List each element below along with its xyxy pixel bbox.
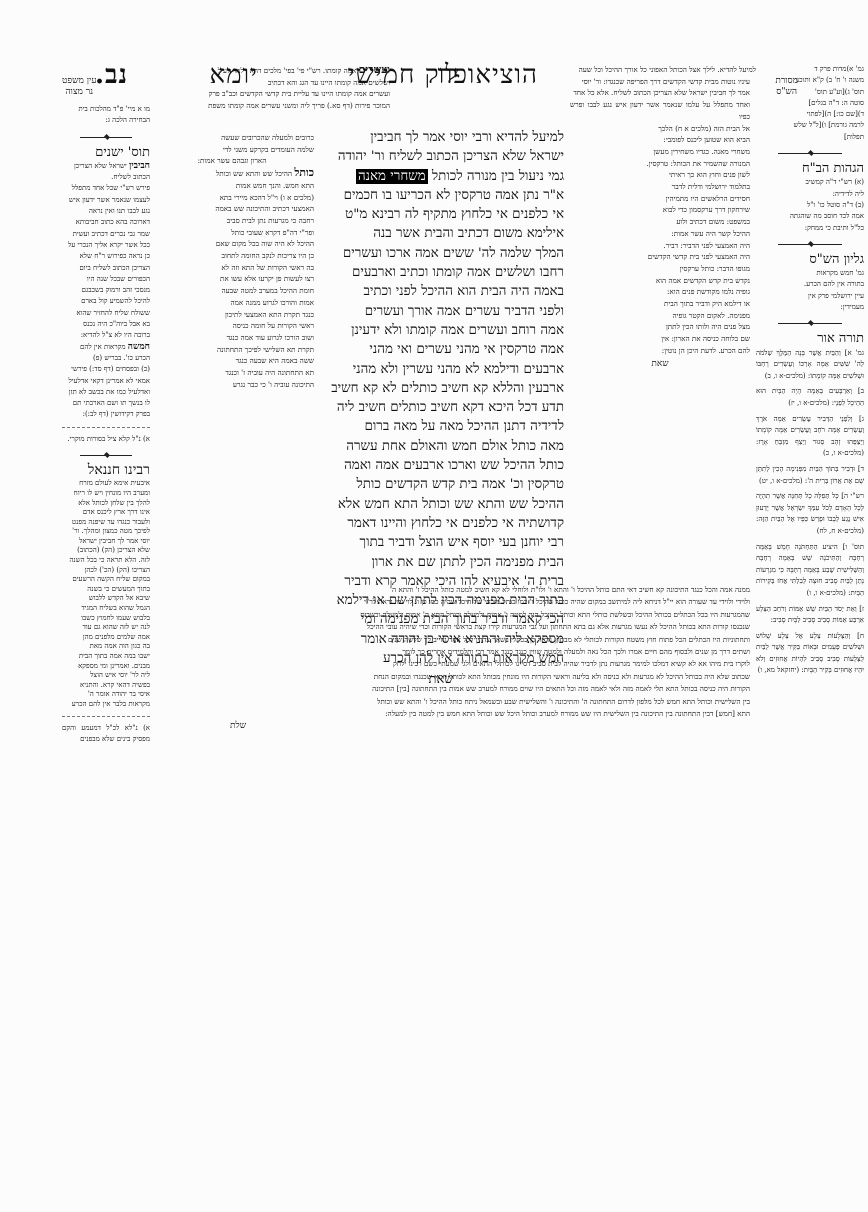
rashi-line: או דילמא היק ודביר בתוך הבית <box>570 298 750 310</box>
rashi-line: היה האמצעי לפני הדביר: דביר. <box>570 240 750 252</box>
tosafot-dibur-hamatchil: ועשרים <box>359 63 390 76</box>
rashi-commentary: למיעל להדיא. לילך אצל הכותל האפוני כל או… <box>570 64 750 370</box>
tosafot-line: התא [חמש] דבין התחתונה בין התיכונה בין ה… <box>150 708 750 720</box>
text-line: יוסי אמר לך חביבין ישראל <box>62 537 150 547</box>
text-line: בתוך המעשים כי בשנה <box>62 585 150 595</box>
shaat-marker: שאת <box>570 359 750 371</box>
gemara-line: אילימא משום דכתיב והבית אשר בנה <box>318 224 564 243</box>
rashi-line: שירחקון דרך ערקסמון כדי לבוא <box>570 204 750 216</box>
chamisha-dibur: חמשה <box>128 342 150 352</box>
tosafot-kotel: כרובים ולמעלה שהכרובים שעשה שלמה העומדים… <box>150 132 314 390</box>
masoret-line: לרמה גורמת] ו)[ל"ל שלש <box>756 120 864 131</box>
torah-or-entry: רש"י ה] כָּל תְּפִלָּה כָל תְּחִנָּה אֲש… <box>756 491 864 537</box>
tosafot-line: הקורות היה כניסה בכותל התא תלי לאמה מזה … <box>150 683 750 695</box>
text-line: ועשרים אמה קומתו היינו עד עליית בית קדשי… <box>150 88 390 100</box>
text-line: ושוב הורכו לגרוע עוד אמה כנגד <box>150 332 314 344</box>
text-line: ישבו במה אמה בתוך הבית <box>62 652 150 662</box>
hagahot-line: כל"ל ותיבת כי ממחק: <box>756 223 864 234</box>
tosafot-line: שכתוב שלא היה בכותל ההיכל לא מגרעות ולא … <box>150 671 750 683</box>
text-line: אמאי לא אמרינן דקאי אדלעיל <box>62 376 150 387</box>
text-line: בא אבל ביוה"כ היה נכנס <box>62 319 150 330</box>
ornament-divider <box>778 319 843 327</box>
text-line: (מלכים א ו) וי"ל דהכא מיירי בתא <box>150 192 314 204</box>
rashi-line: למיעל להדיא. לילך אצל הכותל האפוני כל או… <box>570 64 756 76</box>
gemara-line: ישראל שלא הצריכן הכתוב לשליח ור' יהודה <box>318 147 564 166</box>
tosafot-line: ממנה אמה והכל כנגד התיכונה קא חשיב דאי ה… <box>150 584 750 596</box>
ein-mishpat-label: עין משפט נר מצוה <box>62 76 96 98</box>
text-line: איסי בר יהודה אומר ה' <box>62 690 150 700</box>
text-line: לנה יש לזה שהוא גם עוד <box>62 623 150 633</box>
text-line: ההיכל שש והתא שש וכותל <box>216 169 292 178</box>
text-line: ששולח שליח להחזיר שהוא <box>62 308 150 319</box>
dashed-divider <box>62 427 150 428</box>
masoret-line: גמ' א)מדות פרק ד <box>756 64 864 75</box>
gemara-line: אמה רוחב ועשרים אמה קומתו ולא ידעינן <box>318 321 564 340</box>
text-line: תא התחתונה היה עוביה ז' וכנגד <box>150 367 314 379</box>
text-line: בפרק דקידושין (דף לב:): <box>62 409 150 420</box>
text-line: שמר גבי נכרים דכתיב ועשית <box>62 229 150 240</box>
gemara-line: באמה היה הבית הוא ההיכל לפני וכתיב <box>318 282 564 301</box>
hagahot-habach-body: (א) רש"י ד"ה קמשיב ליה לדידיה: (ב) ד"ה ס… <box>756 177 864 233</box>
gemara-line: תדע דכל היכא דקא חשיב כותלים חשיב ליה <box>318 398 564 417</box>
text-line: ברוכה היו לא צ"ל להדיא: <box>62 330 150 341</box>
text-line: לו בנשך תו ושם הארכתי תם <box>62 398 150 409</box>
masoret-line: משנה ו' ח' ב) ק"א ותוכנו <box>756 75 864 86</box>
text-line: הארון וגבהם עשר אמות: <box>150 155 314 167</box>
hagahot-line: אמה לכד חוסב מה שוהגתה <box>756 211 864 222</box>
ornament-divider <box>778 149 843 157</box>
ornament-divider <box>778 240 843 248</box>
torah-or-entry: ד] וּדְבִיר בְּתוֹךְ הַבַּיִת מִפְּנִימָ… <box>756 464 864 487</box>
gemara-line: אי כלפנים אי כלחוץ מתקיף לה רבינא מ"ט <box>318 205 564 224</box>
text-line: דארוכה בהא כתוב חביבותא <box>62 217 150 228</box>
text-line: שלמה העומדים בקרקע משני לדי <box>150 144 314 156</box>
gemara-line: א"ר נתן אמה טרקסין לא הכריעו בו חכמים <box>318 186 564 205</box>
masoret-line: תוס' ג)[וע"ע תוס' <box>756 87 864 98</box>
text-line: התיכונה עוביה ו' כי כבר נגרע <box>150 379 314 391</box>
rashi-line: אמר לך חביבין ישראל שלא הצריכן הכתוב לשל… <box>570 87 750 99</box>
gemara-line: ההיכל שש והתא שש וכותל התא חמש אלא <box>318 495 564 514</box>
gemara-line: המלך שלמה לה' ששים אמה ארכו ועשרים <box>318 244 564 263</box>
torah-or-entry: תוס' ו] היציע הַתַּחְתֹּנָה חָמֵשׁ בָּאַ… <box>756 542 864 600</box>
gemara-line: קדושתיה אי כלפנים אי כלחוץ והיינו דאמר <box>318 514 564 533</box>
text-line: בה כגון הוה אמה מאת <box>62 642 150 652</box>
masoret-hashas-notes: גמ' א)מדות פרק ד משנה ו' ח' ב) ק"א ותוכנ… <box>756 64 864 143</box>
text-line: חומת ההיכל במערב למטה שבעה <box>150 285 314 297</box>
text-line: אינו דרך ארץ ליכנס אדם <box>62 508 150 518</box>
gemara-line: רבי יוחנן בעי יוסף איש הוצל ודביר בתוך <box>318 533 564 552</box>
text-line: פירש רש"י שכל אחד מתפלל <box>62 183 150 194</box>
hagahot-line: ליה לדידיה: <box>756 189 864 200</box>
rashi-line: הביא הוא שטוען ליכנס לפומבי: <box>570 134 750 146</box>
gilyon-line: גמ' חמש מקראות <box>756 268 864 279</box>
text-line: רחבה כי מגרעות נתן לבית סביב <box>150 215 314 227</box>
text-line: האמצעי דכתיב והתיכונה שש באמה <box>150 203 314 215</box>
text-line: להיכל להשמיע קול בארם <box>62 296 150 307</box>
text-line: כנגד תקרת התא האמצעי לתיכון <box>150 309 314 321</box>
torah-or-entry: גמ' א] וְהַבַּיִת אֲשֶׁר בָּנָה הַמֶּלֶך… <box>756 348 864 383</box>
masoret-line: תפלות] <box>756 132 864 143</box>
rashi-line: שם בלוחה כניסה את הארון: אין <box>570 333 750 345</box>
text-line: הגמל שהוא בשליח המגיד <box>62 604 150 614</box>
ein-mishpat-line: מו א מיי' פ"ד מהלכות בית <box>62 104 150 115</box>
text-line: (כ) ובפסחים (דף סד:) פירשי <box>62 364 150 375</box>
tosafot-line: לוקרו בית מיהו אא לא קשיא דמלכו למימר מג… <box>150 658 750 670</box>
text-line: אמות והורכו לגרוע ממנה אמה <box>150 297 314 309</box>
rashi-line: חסידים הרלאשים היו מתמיהין <box>570 193 750 205</box>
tosafot-line: ולוידי ולוידי עד שעורה הוא יי"ל דניחא לי… <box>150 596 750 608</box>
text-line: נגע לבבו תנו ואין נראה <box>62 206 150 217</box>
gemara-line: הבית מפנימה הכין לתתן שם את ארון <box>318 553 564 572</box>
text-line: ושלשים אמה קומתו היינו עד הגג והא דכתיב <box>150 77 390 89</box>
highlighted-phrase[interactable]: משחרי מאנה <box>356 169 428 184</box>
shaat-marker: שלת <box>150 720 750 732</box>
text-line: ההיכל לא היה שוה בכל מקום שאם <box>150 238 314 250</box>
rabbeinu-chananel-body: איבעית אימא לעולם מזרח ומערב היו מונחין … <box>62 479 150 709</box>
hagahot-line: (א) רש"י ד"ה קמשיב <box>756 177 864 188</box>
gilyon-line: בתורה אין להם הכרע. <box>756 279 864 290</box>
text-line: כן היו צריכות לנקב החומה לתחוב <box>150 250 314 262</box>
tosafot-line: שנכנסו קורות התא בכותל ההיכל לא נעשו מגר… <box>150 621 750 633</box>
text-line: אמה קומתו. רש"י פי' בפי' מלכים דהא דלמר … <box>218 66 357 75</box>
rashi-line: המנורה שהשמיר את הכותל: טרקסין. <box>570 158 750 170</box>
text-line: מקראות בלבר אין להם הכרע <box>62 700 150 710</box>
rashi-line: נקדש בית קדש הקדשים אמה הוא <box>570 275 750 287</box>
hagahot-habach-title: הגהות הב"ח <box>756 163 864 174</box>
text-line: המוכר פירות (דף סא.) פריך ליה ומשני עשרי… <box>150 100 390 112</box>
text-line: מבנים. ואמרינן ומי מספקא <box>62 662 150 672</box>
rashi-line: בתלמוד ירושלמי ודלית לדבר <box>570 181 750 193</box>
gemara-line: לדידיה דתנן ההיכל מאה על מאה ברום <box>318 417 564 436</box>
daf-number: נב. <box>95 60 128 90</box>
text-line: ראשי הקורות על חומה כניסה <box>150 320 314 332</box>
left-margin: מו א מיי' פ"ד מהלכות בית הבחירה הלכה ג: … <box>62 104 150 745</box>
text-line: לזה. הלא תראה כי בכל השנה <box>62 556 150 566</box>
gemara-line: למיעל להדיא ורבי יוסי אמר לך חביבין <box>318 128 564 147</box>
torah-or-entry: ב] וְאַרְבָּעִים בָּאַמָּה הָיָה הַבָּיִ… <box>756 386 864 409</box>
ornament-divider <box>80 451 133 459</box>
text-line: ששה באמה היא שבעה כנגד <box>150 355 314 367</box>
rashi-line: מצל פנים היה ולותו הכין לתתן <box>570 321 750 333</box>
text-line: איבעית אימא לעולם מזרח <box>62 479 150 489</box>
rabbeinu-chananel-title: רבינו חננאל <box>62 465 150 476</box>
rashi-line: ההיכל קשר היה עשר אמות: <box>570 228 750 240</box>
tosafot-yeshanim-body: חביבין ישראל שלא הצריכן הכתוב לשליח. פיר… <box>62 161 150 421</box>
gemara-line: רחבו ושלשים אמה קומתו וכתיב וארבעים <box>318 263 564 282</box>
torah-or-entry: ז] וְאֵת יְסֹד הַבַּיִת שֵׁשׁ אַמּוֹת וְ… <box>756 604 864 627</box>
text-line: שיבא אל הקדש ללבוש <box>62 594 150 604</box>
dashed-divider <box>62 716 150 717</box>
text-line: שלא הצריכן (הק) (הכתוב) <box>62 546 150 556</box>
text-line: לעצמו שנאמר אשר ידעון איש <box>62 195 150 206</box>
text-line: ומערב היו מונחין ויש לו ריוח <box>62 489 150 499</box>
text-line: בה ראשי הקורות של התא וזה לא <box>150 262 314 274</box>
tosafot-line: ותחתוניות היו הכתלים הכל פתוח חוץ משטח ה… <box>150 634 750 646</box>
gilyon-hashas-title: גליון הש"ס <box>756 254 864 265</box>
tosafot-top: ועשרים אמה קומתו. רש"י פי' בפי' מלכים דה… <box>150 64 390 112</box>
torah-or-title: תורה אור <box>756 333 864 344</box>
text-line: הכרע כו'. בבריש (פ) <box>62 353 150 364</box>
text-line: הצריכן הכתוב לשליח ביום <box>62 263 150 274</box>
text-line: מקראות אין להם <box>80 343 126 351</box>
text-line: ופר"י דה"פ דקרא שעובי כותל <box>150 227 314 239</box>
tosafot-line: שהמגרעות היו בכל הכתלים בכותל ההיכל ובשל… <box>150 609 750 621</box>
footnote: א) נ"ל קלא ציל בסורות מוקרי. <box>62 434 150 445</box>
text-line: הצריכו (הק) (הכ') לכהן <box>62 566 150 576</box>
gemara-line: טרקסין וכ' אמה בית קדש הקדשים כותל <box>318 475 564 494</box>
text-line: בלבוש שעמו לחמוץ כשבו <box>62 614 150 624</box>
gilyon-line: עיין ירושלמי פרק אין <box>756 291 864 302</box>
gilyon-hashas-body: גמ' חמש מקראות בתורה אין להם הכרע. עיין … <box>756 268 864 313</box>
rashi-line: גופיה נלמו מקודשת פנים הוא: <box>570 286 750 298</box>
text-line: בפשיה דהאי קרא. והתניא <box>62 681 150 691</box>
text-line: תקרת תא השלישי לפיכך התחתונה <box>150 344 314 356</box>
text-line: במקום שליח הקשה הרשעים <box>62 575 150 585</box>
right-margin: גמ' א)מדות פרק ד משנה ו' ח' ב) ק"א ותוכנ… <box>756 64 864 681</box>
text-line: ככל אשר יקרא אליך הנכרי על <box>62 240 150 251</box>
text-line: ישראל שלא הצריכן <box>74 162 127 170</box>
ornament-divider <box>80 133 133 141</box>
text-line: לפיכך מטה כמצון ומהלך. ור' <box>62 527 150 537</box>
tosafot-yeshanim-dibur: חביבין <box>129 161 150 171</box>
text-line: כן נראה כפירוש ר"ח שלא <box>62 251 150 262</box>
tosafot-line: ושתים דרך מן שנים ולבסוף מהם חיים אמרו ו… <box>150 646 750 658</box>
text-line: הכפורים שבכל שנה היו <box>62 274 150 285</box>
gilyon-line: מעמידין: <box>756 302 864 313</box>
tosafot-yeshanim-title: תוס' ישנים <box>62 147 150 158</box>
text-line: הכתוב לשליח. <box>62 172 150 183</box>
gemara-line: ולפני הדביר עשרים אמה אורך ועשרים <box>318 302 564 321</box>
text-line: כרובים ולמעלה שהכרובים שעשה <box>150 132 314 144</box>
bottom-tosafot: ממנה אמה והכל כנגד התיכונה קא חשיב דאי ה… <box>150 584 750 733</box>
text-line: מנסכי זהב ורמוק בשכבגם <box>62 285 150 296</box>
masoret-line: סוטה ה: ד"ה בגלים] <box>756 98 864 109</box>
gemara-line-text: גמי ניעול בין מנורה לכותל <box>432 169 564 184</box>
text-line: ולעבור כנגדו עד שיפנה מפנט <box>62 518 150 528</box>
gemara-line: גמי ניעול בין מנורה לכותל משחרי מאנה <box>318 167 564 186</box>
gemara-line: מאה כותל אולם חמש והאולם אחת עשרה <box>318 437 564 456</box>
ein-mishpat-line: הבחירה הלכה ג: <box>62 115 150 126</box>
rashi-line: משחרי מאנה. כגדיו משחירין מעשן <box>570 146 750 158</box>
text-line: ליה לר' יוסי איש הוצל <box>62 671 150 681</box>
text-line: ואדלעיל כמו את בכשב לא תזן <box>62 387 150 398</box>
text-line: התא חמש. והנך חמש אמות <box>150 180 314 192</box>
gemara-line: כותל ההיכל שש וארכו ארבעים אמה ואמה <box>318 456 564 475</box>
tosafot-line: בין השלישית וכותל התא חמש לכל מלפון לדרו… <box>150 696 750 708</box>
text-line: רצו לעשות פן יקרעו אלא עשו את <box>150 273 314 285</box>
gemara-line: ארבעים ודילמא לא מהני עשרין ולא מהני <box>318 360 564 379</box>
ein-mishpat-entry: מו א מיי' פ"ד מהלכות בית הבחירה הלכה ג: <box>62 104 150 127</box>
text-line: אמה שלמים מלפנים מהן <box>62 633 150 643</box>
text-line: להלך בין שלחן לכותל אלא <box>62 499 150 509</box>
hagahot-line: (ב) ד"ה סוטל כו' ו"ל <box>756 200 864 211</box>
rashi-line: במשפט: משום דכתיב ולוע <box>570 216 750 228</box>
gemara-line: ארבעין והללא קא חשיב כותלים לא קא חשיב <box>318 379 564 398</box>
rashi-line: עיניו נוטות מבית קדשי הקדשים דרך הפריפה … <box>570 76 750 88</box>
rashi-line: אל הבית הזה (מלכים א ח) הלכך <box>570 123 750 135</box>
torah-or-entry: ג] וְלִפְנֵי הַדְּבִיר עֶשְׂרִים אַמָּה … <box>756 414 864 460</box>
footnote: א) נ"לא לכ"ל דמעמע והקם מפסיק בינים שלא … <box>62 723 150 746</box>
torah-or-body: גמ' א] וְהַבַּיִת אֲשֶׁר בָּנָה הַמֶּלֶך… <box>756 348 864 677</box>
rashi-line: ואחד מתפלל על עלמו שנאמר אשר ידעון איש נ… <box>570 99 750 122</box>
rashi-line: היה האמצעי לפני בית קדשי הקדשים <box>570 251 750 263</box>
rashi-line: לשון פנים וחוץ הוא כך ראיתי <box>570 169 750 181</box>
rashi-line: מגופו הדבר: כותל ערקסין <box>570 263 750 275</box>
rashi-line: להם הכרע. לדעת היכן הן נוטין: <box>570 345 750 357</box>
gemara-line: אמה טרקסין אי מהני עשרים ואי מהני <box>318 340 564 359</box>
rashi-line: מפנימה. לאקום הקטר גופיה <box>570 310 750 322</box>
torah-or-entry: ח] וְהַצְּלָעוֹת צֵלָע אֶל צֵלָע שָׁלוֹש… <box>756 631 864 677</box>
masoret-line: ד)[שם כו:] ה)[לפתוי <box>756 109 864 120</box>
tosafot-dibur-kotel: כותל <box>294 166 314 179</box>
